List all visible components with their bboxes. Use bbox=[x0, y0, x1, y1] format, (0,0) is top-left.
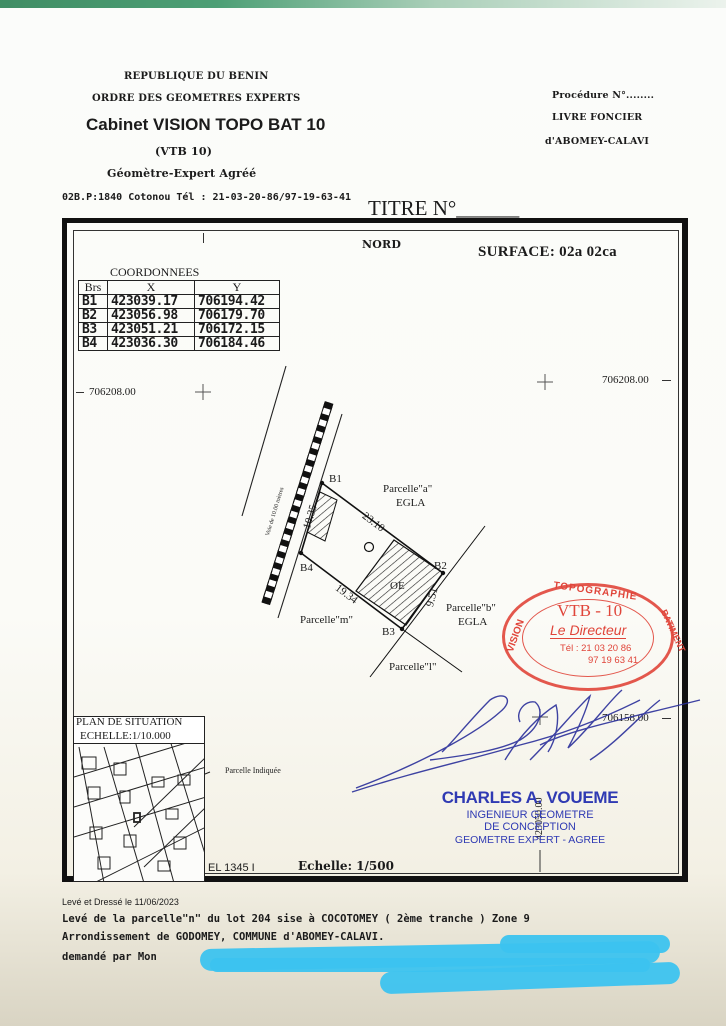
survey-date: Levé et Dressé le 11/06/2023 bbox=[62, 897, 179, 907]
signature bbox=[0, 0, 726, 1026]
blue-stamp-name: CHARLES A. VOUEME bbox=[440, 788, 620, 808]
blue-stamp-line3: GEOMETRE EXPERT - AGREE bbox=[440, 834, 620, 846]
redaction-mark bbox=[500, 935, 670, 953]
footer-line2: Arrondissement de GODOMEY, COMMUNE d'ABO… bbox=[62, 931, 384, 943]
footer-line3: demandé par Mon bbox=[62, 951, 157, 963]
blue-stamp-line2: DE CONCEPTION bbox=[440, 821, 620, 833]
blue-stamp-line1: INGENIEUR GEOMETRE bbox=[440, 809, 620, 821]
footer-line1: Levé de la parcelle"n" du lot 204 sise à… bbox=[62, 913, 530, 925]
